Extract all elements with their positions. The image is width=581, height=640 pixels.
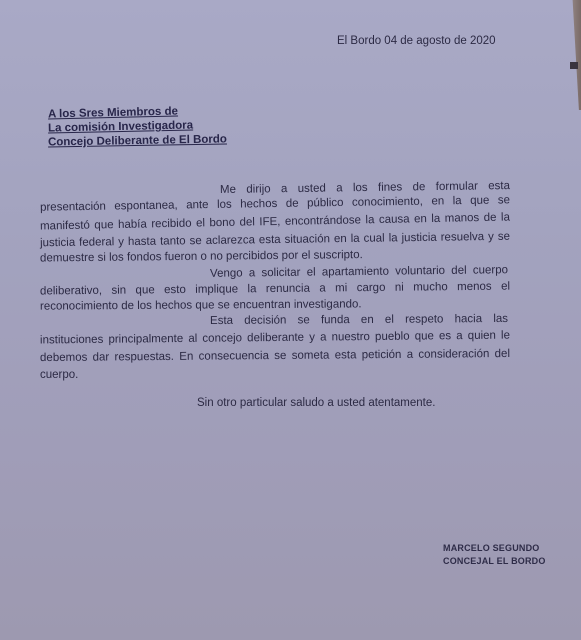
body-line-9: Esta decisión se funda en el respeto hac… — [210, 313, 508, 327]
closing-line: Sin otro particular saludo a usted atent… — [197, 397, 435, 409]
background-mark — [570, 62, 578, 69]
body-line-12: cuerpo. — [40, 369, 510, 381]
letter-date: El Bordo 04 de agosto de 2020 — [337, 35, 496, 47]
signature-name: MARCELO SEGUNDO — [443, 543, 540, 553]
signature-title: CONCEJAL EL BORDO — [443, 556, 546, 566]
